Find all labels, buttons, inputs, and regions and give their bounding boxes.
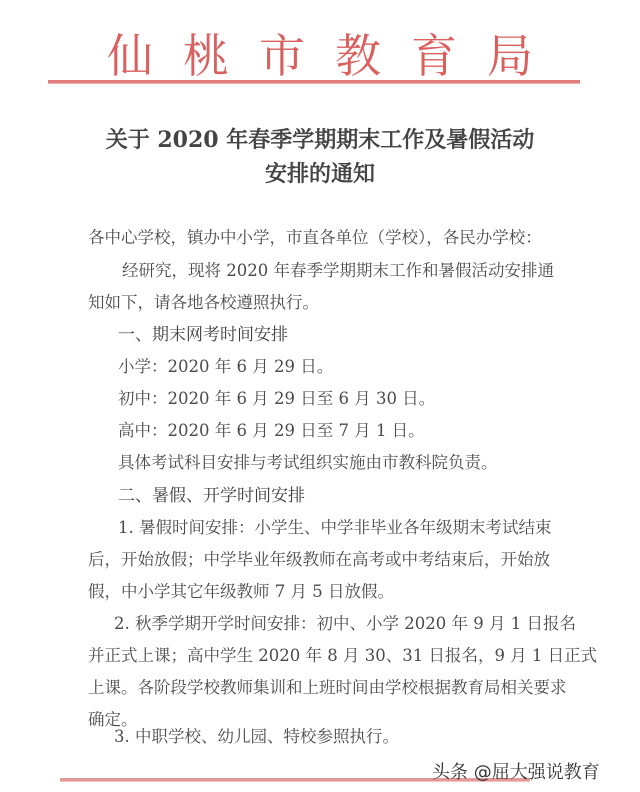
section1-heading: 一、期末网考时间安排	[118, 325, 288, 345]
document-title-line1: 关于 2020 年春季学期期末工作及暑假活动	[0, 124, 640, 156]
item1-line2: 后，开始放假；中学毕业年级教师在高考或中考结束后，开始放	[88, 550, 550, 570]
letterhead-organization: 仙桃市教育局	[0, 28, 640, 84]
section2-heading: 二、暑假、开学时间安排	[118, 486, 305, 506]
item2-line1: 2. 秋季学期开学时间安排：初中、小学 2020 年 9 月 1 日报名	[114, 614, 576, 634]
watermark-text: 头条 @屈大强说教育	[432, 758, 600, 784]
intro-paragraph-line2: 知如下，请各地各校遵照执行。	[88, 293, 319, 313]
exam-note: 具体考试科目安排与考试组织实施由市教科院负责。	[118, 453, 498, 473]
item2-line3: 上课。各阶段学校教师集训和上班时间由学校根据教育局相关要求	[88, 678, 567, 698]
item3: 3. 中职学校、幼儿园、特校参照执行。	[114, 727, 399, 747]
item2-line2: 并正式上课；高中学生 2020 年 8 月 30、31 日报名，9 月 1 日正…	[88, 646, 597, 666]
exam-date-junior: 初中：2020 年 6 月 29 日至 6 月 30 日。	[118, 389, 435, 409]
document-title-line2: 安排的通知	[0, 158, 640, 190]
item1-line1: 1. 暑假时间安排：小学生、中学非毕业各年级期末考试结束	[118, 518, 552, 538]
salutation: 各中心学校，镇办中小学，市直各单位（学校），各民办学校：	[88, 228, 542, 248]
letterhead-red-divider	[48, 80, 580, 84]
exam-date-senior: 高中：2020 年 6 月 29 日至 7 月 1 日。	[118, 421, 425, 441]
exam-date-primary: 小学：2020 年 6 月 29 日。	[118, 357, 333, 377]
item1-line3: 假，中小学其它年级教师 7 月 5 日放假。	[88, 582, 394, 602]
intro-paragraph-line1: 经研究，现将 2020 年春季学期期末工作和暑假活动安排通	[122, 261, 554, 281]
